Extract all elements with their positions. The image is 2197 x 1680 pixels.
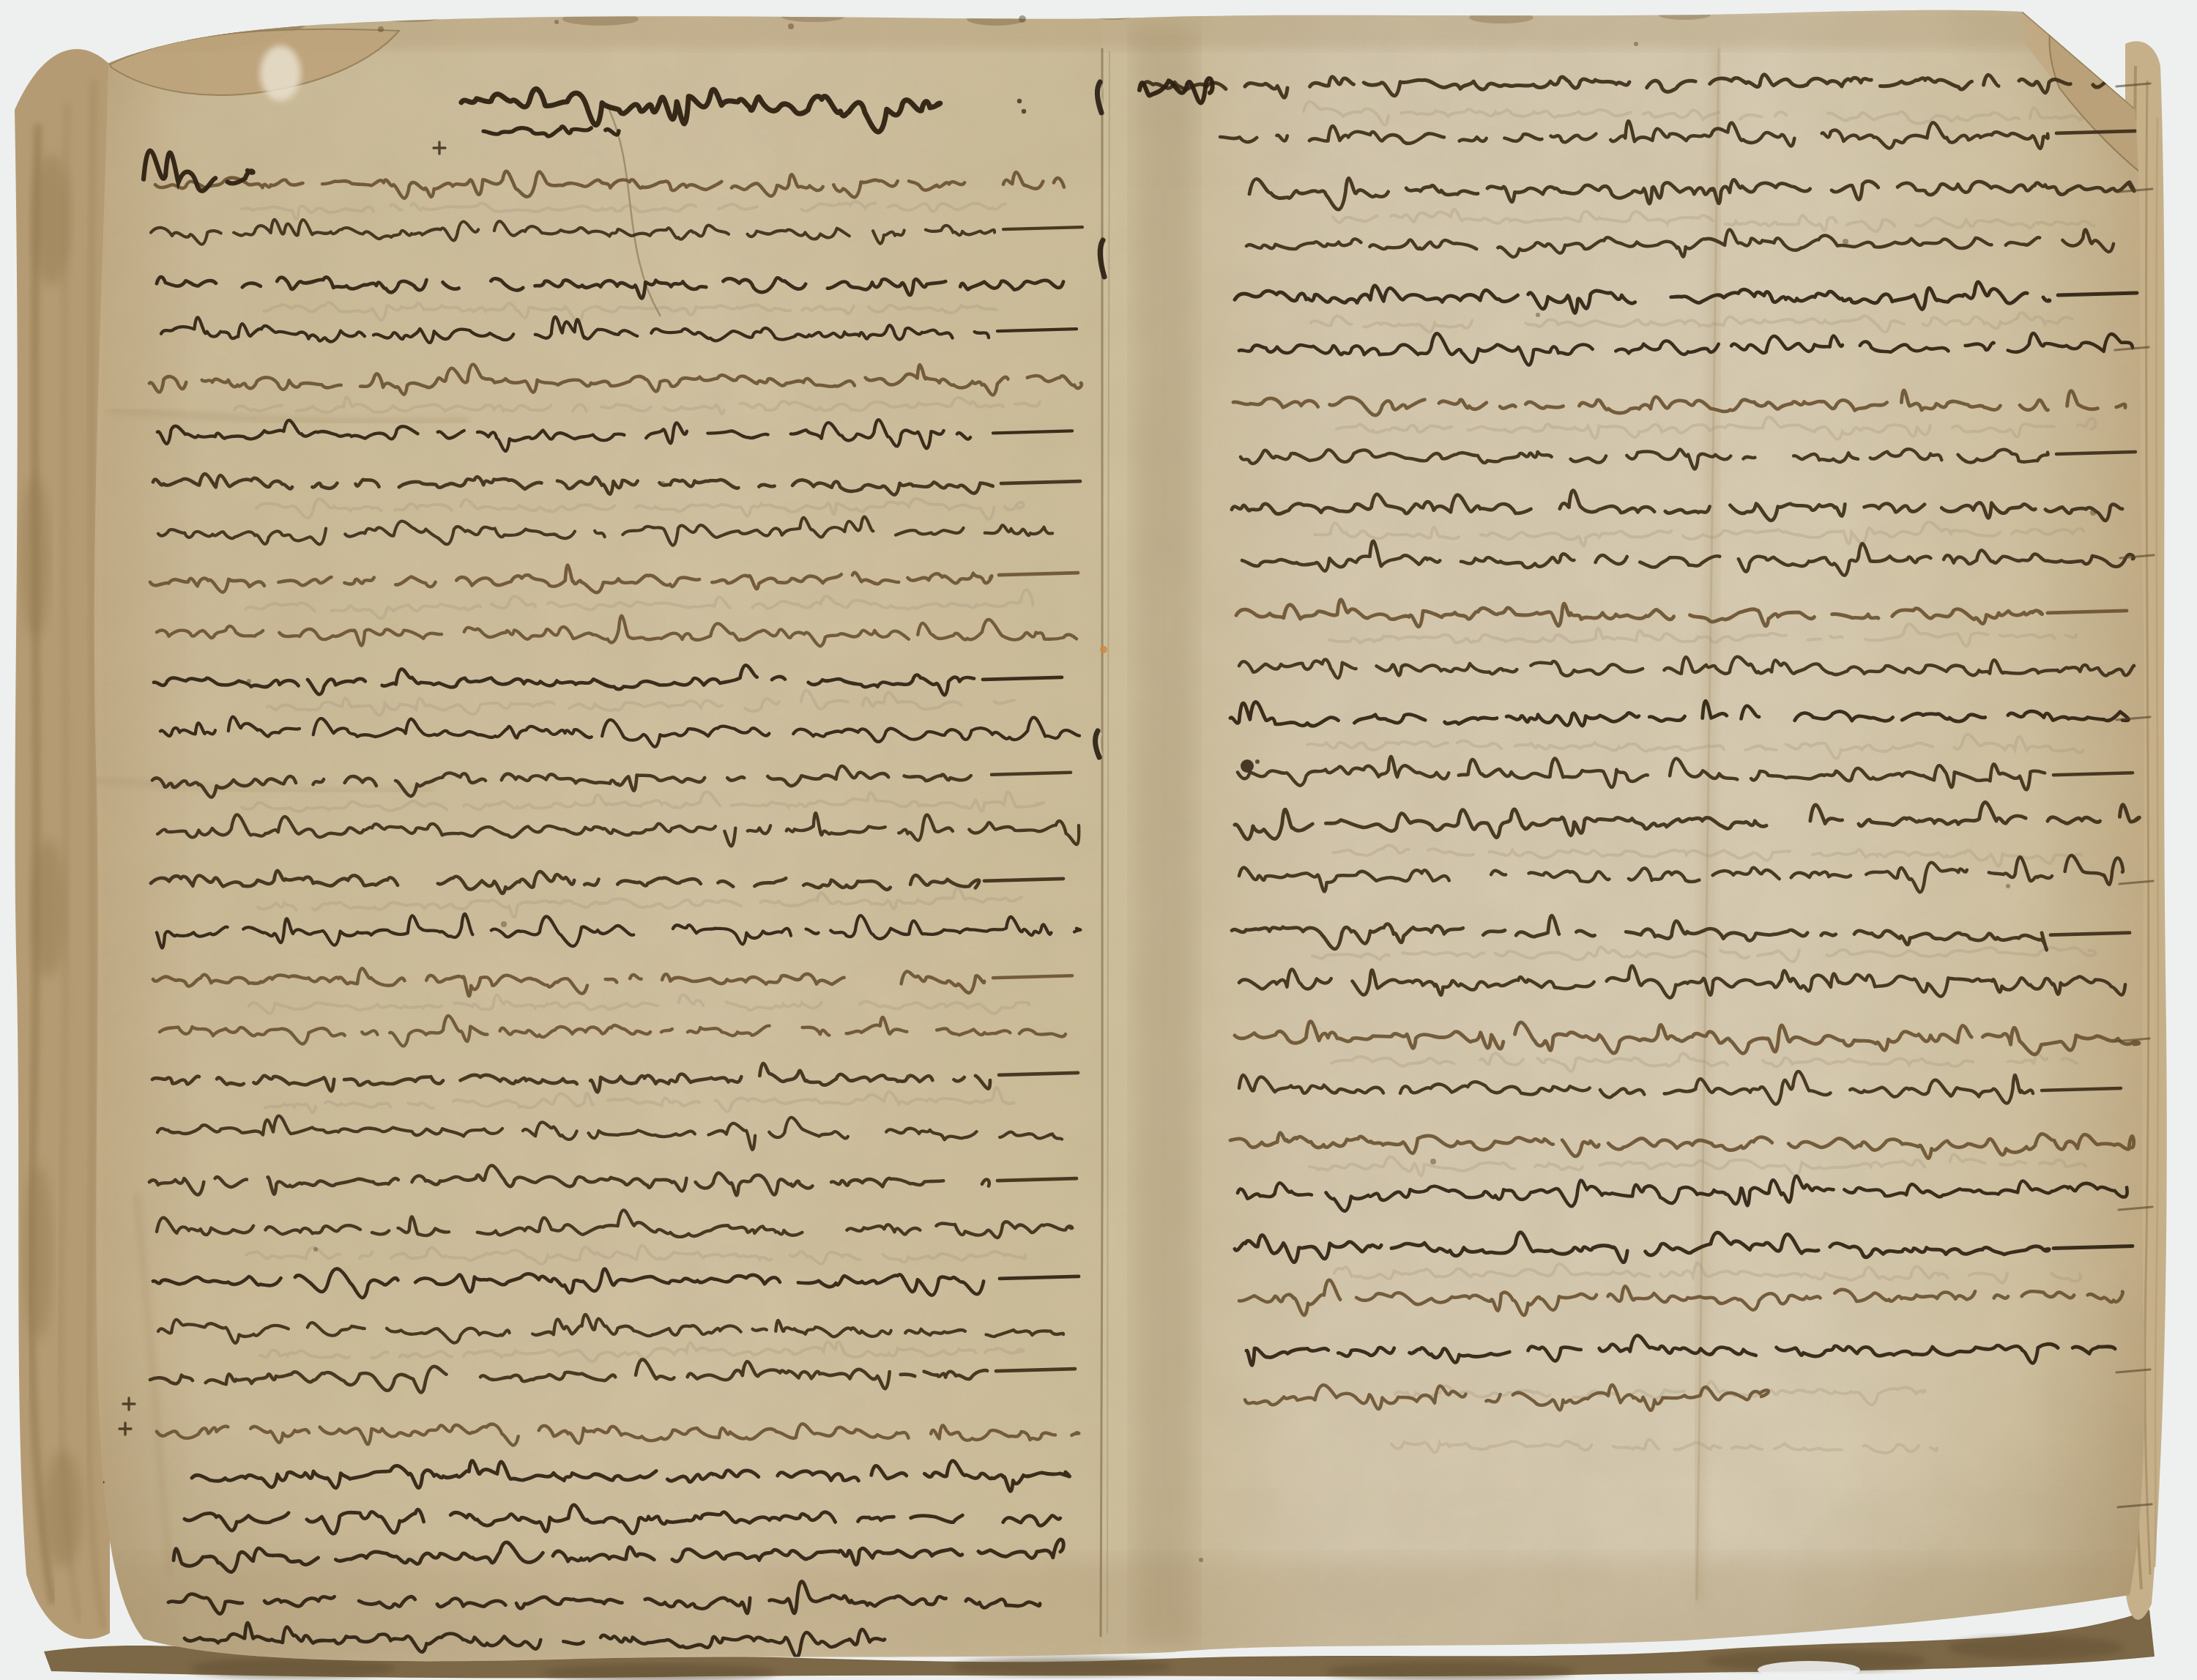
bottom-edge-shadow-blob [1948, 1636, 2124, 1659]
speck [661, 481, 665, 486]
manuscript-scan: Reception des Religieuses Carmelites Sca… [0, 0, 2197, 1680]
speck [1430, 1159, 1436, 1164]
speck [1843, 239, 1848, 245]
deckle-shadow-blob [32, 154, 70, 286]
speck [2090, 510, 2096, 516]
deckle-shadow-blob [44, 1450, 82, 1567]
bottom-edge-shadow-blob [952, 1657, 1172, 1676]
speck [1199, 1558, 1203, 1562]
bottom-edge-shadow-blob [1326, 1662, 1575, 1680]
paper-grain [0, 0, 2197, 1680]
speck [788, 23, 794, 29]
speck [378, 26, 384, 32]
speck [1536, 313, 1540, 317]
left-deckle-edge [15, 49, 110, 1639]
deckle-shadow-blob [23, 1164, 53, 1340]
deckle-shadow-blob [21, 476, 50, 637]
speck [2006, 884, 2010, 888]
speck [501, 921, 507, 927]
deckle-shadow-blob [31, 839, 66, 978]
paper-surface [0, 0, 2197, 1680]
speck [313, 1247, 318, 1252]
speck [906, 1074, 910, 1079]
manuscript-spread-svg: Scanned two-page spread of a 17th-centur… [0, 0, 2197, 1680]
speck [554, 20, 559, 24]
bottom-edge-shadow-blob [190, 1658, 395, 1679]
speck [247, 679, 251, 683]
speck [1634, 42, 1638, 46]
speck [1019, 15, 1026, 23]
bottom-edge-tear-gap [1758, 1661, 1860, 1679]
